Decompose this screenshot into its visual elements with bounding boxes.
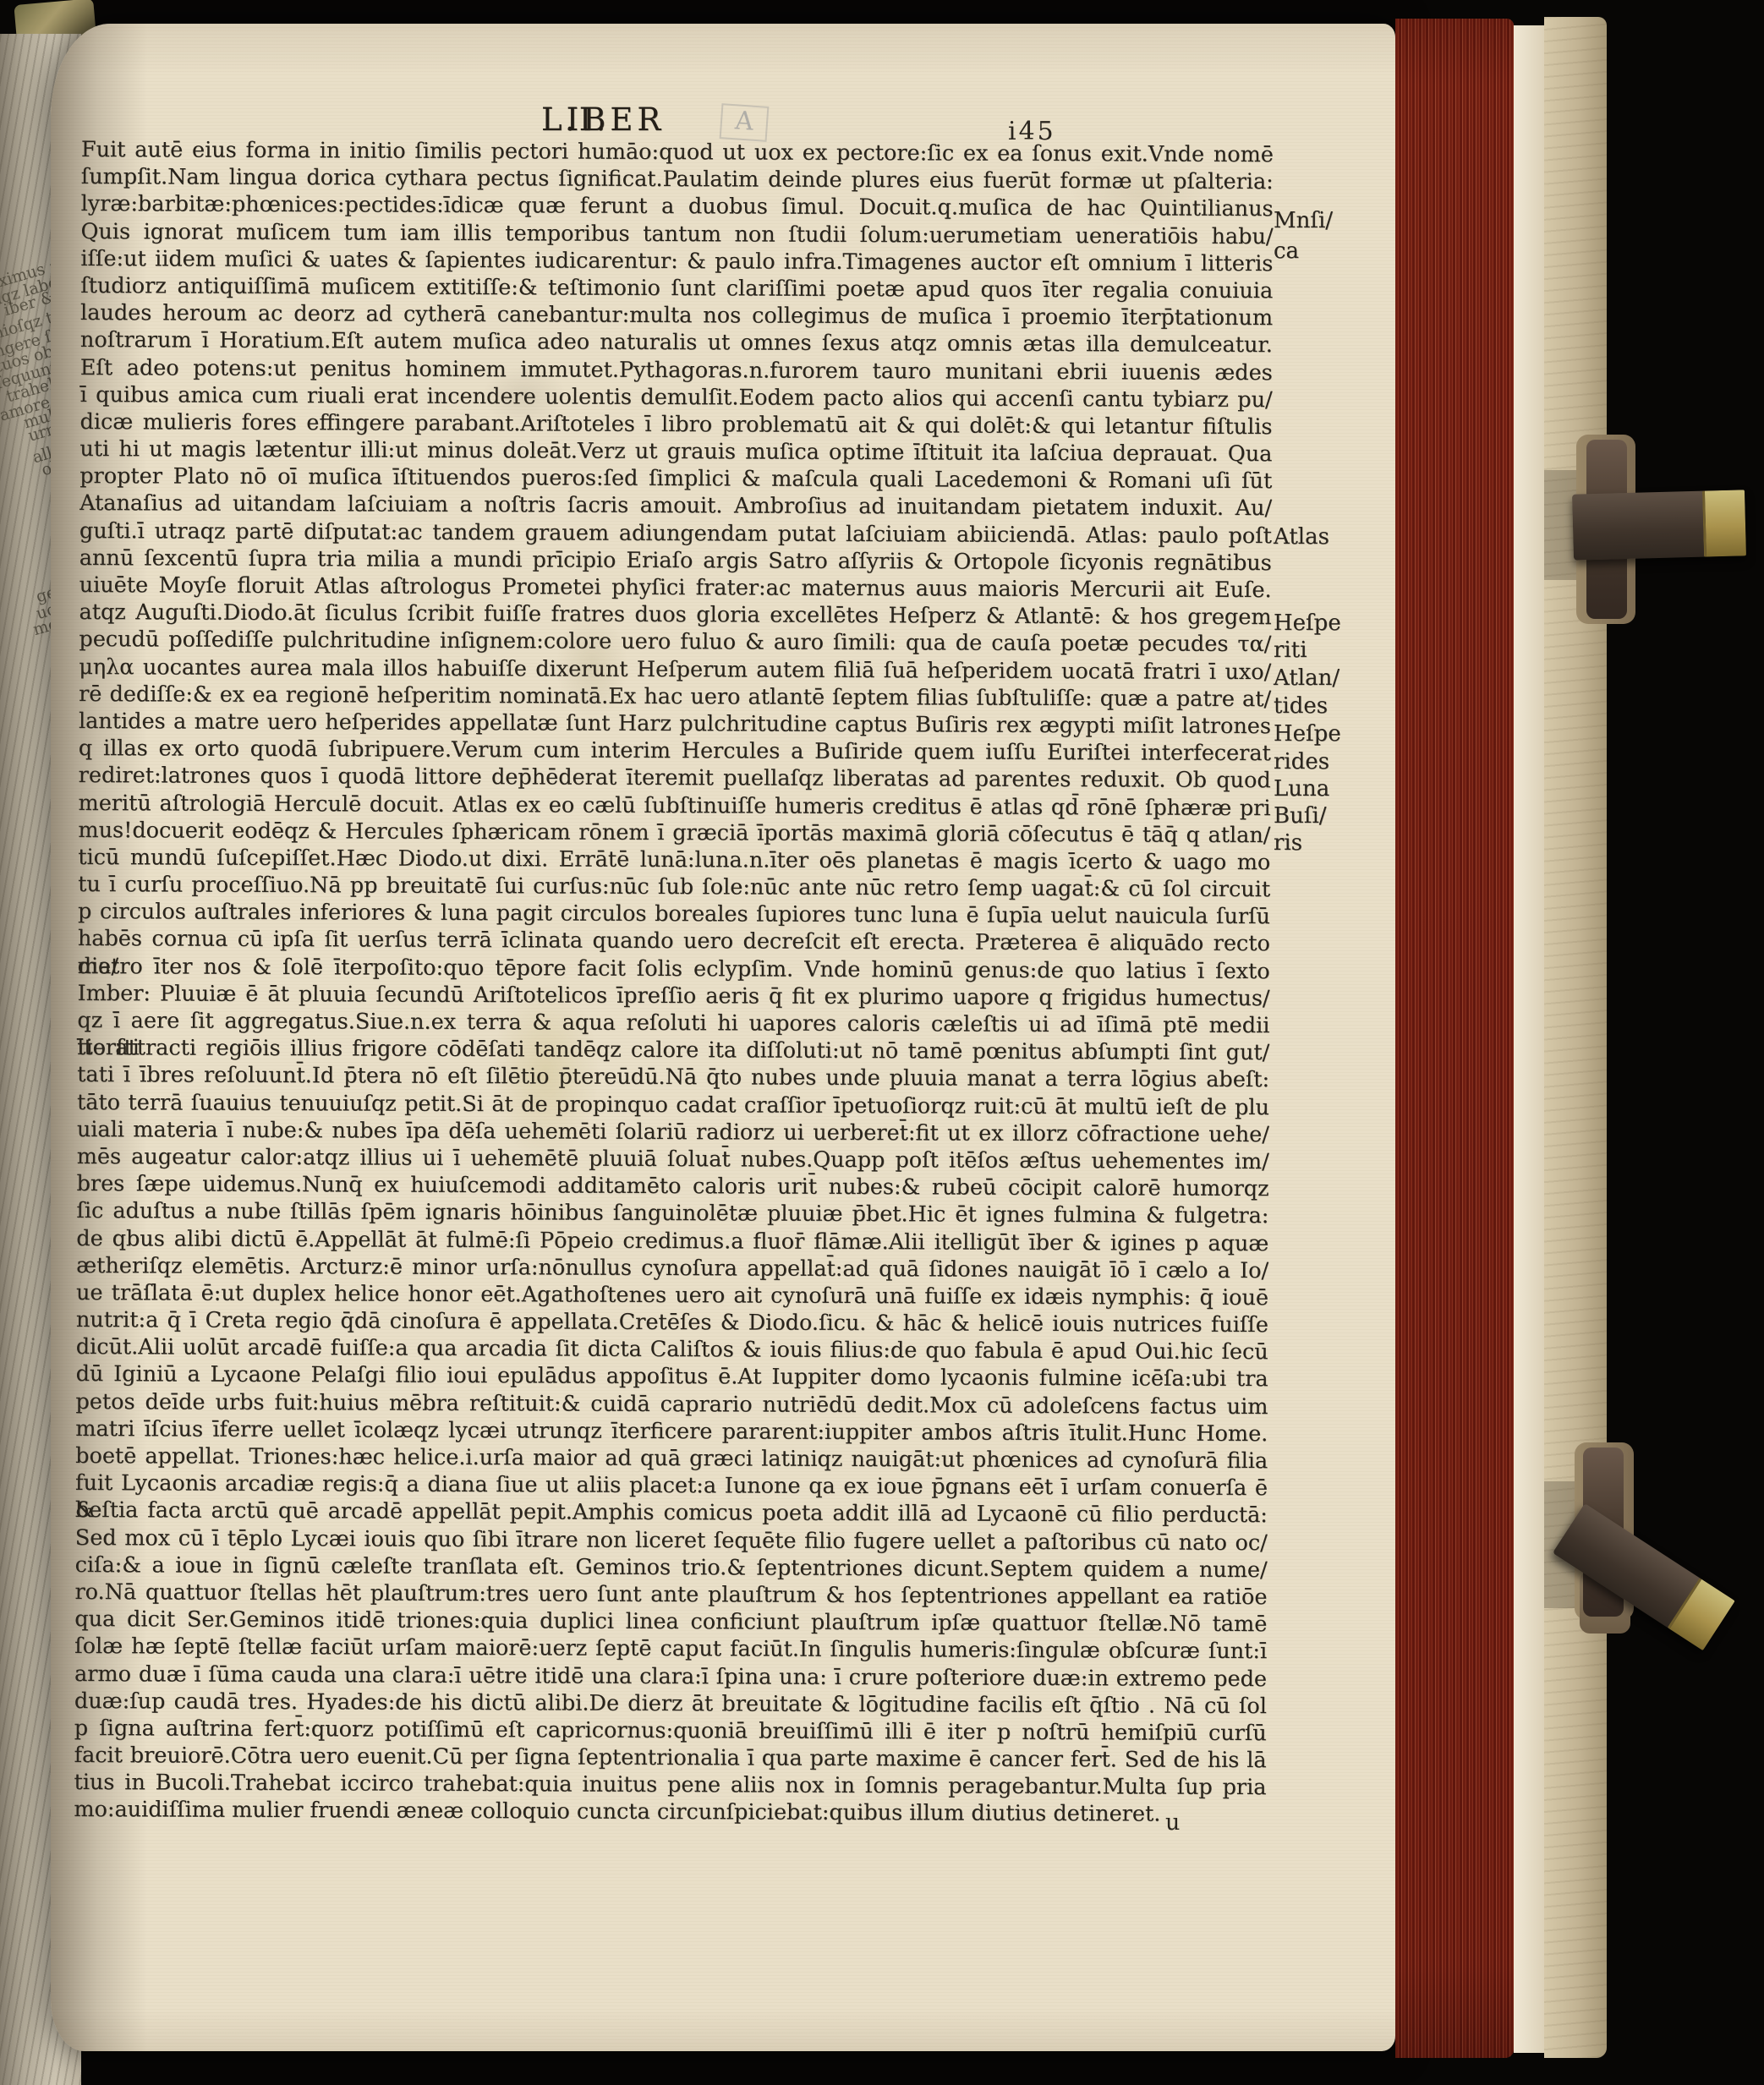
header-ghost-offset: A xyxy=(720,103,770,142)
text-block: Fuit autē eius forma in initio ſimilis p… xyxy=(74,136,1274,1829)
margin-note: rides xyxy=(1274,749,1329,774)
text-line: mo:auidiſſima mulier fruendi æneæ colloq… xyxy=(74,1796,1266,1828)
text-line: noſtrarum ī Horatium.Eſt autem muſica ad… xyxy=(80,326,1273,358)
clasp-strap xyxy=(1572,490,1746,560)
margin-notes-column: Mnſi/caAtlasHeſperitiAtlan/tidesHeſperid… xyxy=(1274,0,1392,2085)
signature-mark: u xyxy=(1165,1809,1180,1836)
text-line: rediret:latrones quos ī quodā littore de… xyxy=(79,762,1271,794)
margin-note: Atlas xyxy=(1274,524,1329,550)
margin-note: Heſpe xyxy=(1274,610,1341,636)
margin-note: tides xyxy=(1274,693,1328,719)
running-header: LIBER.I. xyxy=(541,101,610,138)
red-fore-edge xyxy=(1395,19,1514,2058)
margin-note: Mnſi/ xyxy=(1274,208,1333,233)
margin-note: Atlan/ xyxy=(1274,665,1339,691)
book-photo-scene: maximus ataſolqz laboreiber & iggenioſqz… xyxy=(0,0,1764,2085)
margin-note: Heſpe xyxy=(1274,721,1341,747)
paper-edge-sliver xyxy=(1514,25,1544,2053)
vellum-cover-edge xyxy=(1544,17,1607,2058)
clasp-brass-tip xyxy=(1668,1578,1735,1650)
text-line: ſic aduſtus a nube ſtillās ſpēm ignaris … xyxy=(76,1197,1268,1229)
margin-note: Luna xyxy=(1274,776,1329,802)
margin-note: riti xyxy=(1274,638,1307,663)
margin-note: ca xyxy=(1274,238,1299,264)
clasp-brass-tip xyxy=(1702,490,1746,556)
text-line: ſolæ hæ ſeptē ſtellæ faciūt urſam maiorē… xyxy=(74,1633,1267,1665)
margin-note: ris xyxy=(1274,830,1302,856)
header-title: LIBER xyxy=(541,101,665,138)
margin-note: Buſi/ xyxy=(1274,803,1327,829)
